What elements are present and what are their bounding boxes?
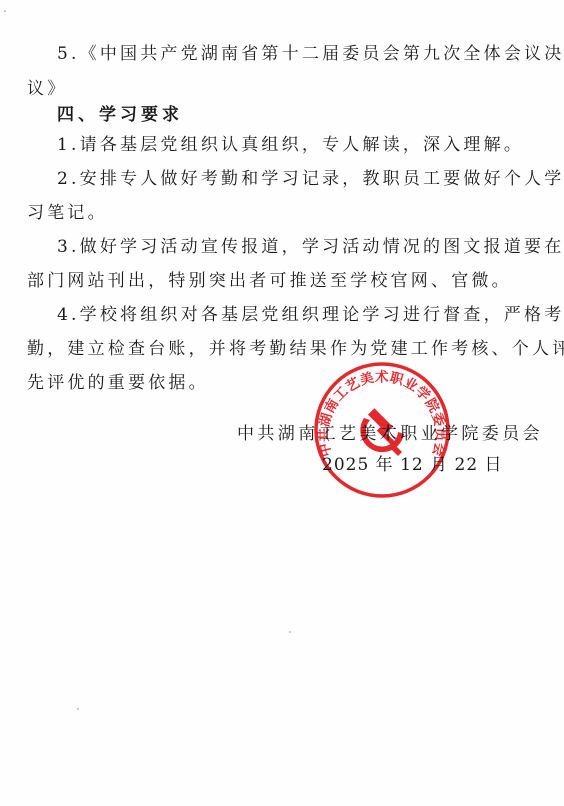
scan-speck xyxy=(4,10,6,12)
scan-speck xyxy=(77,708,79,710)
list-item-5-line-2: 议》 xyxy=(27,79,67,99)
official-seal-icon: 中共湖南工艺美术职业学院委员会 xyxy=(312,360,452,500)
requirement-1: 1.请各基层党组织认真组织，专人解读，深入理解。 xyxy=(57,135,524,155)
requirement-4-line-3: 先评优的重要依据。 xyxy=(27,373,209,393)
requirement-3-line-2: 部门网站刊出，特别突出者可推送至学校官网、官微。 xyxy=(27,271,512,291)
scan-speck xyxy=(515,52,517,54)
requirement-3-line-1: 3.做好学习活动宣传报道，学习活动情况的图文报道要在 xyxy=(57,237,564,257)
hammer-sickle-icon xyxy=(360,408,404,456)
requirement-4-line-1: 4.学校将组织对各基层党组织理论学习进行督查，严格考 xyxy=(57,305,564,325)
document-page: 5.《中国共产党湖南省第十二届委员会第九次全体会议决 议》 四、学习要求 1.请… xyxy=(0,0,564,806)
requirement-2-line-1: 2.安排专人做好考勤和学习记录，教职员工要做好个人学 xyxy=(57,169,564,189)
requirement-4-line-2: 勤，建立检查台账，并将考勤结果作为党建工作考核、个人评 xyxy=(27,339,564,359)
scan-speck xyxy=(289,631,291,633)
requirement-2-line-2: 习笔记。 xyxy=(27,203,108,223)
list-item-5-line-1: 5.《中国共产党湖南省第十二届委员会第九次全体会议决 xyxy=(57,44,564,64)
section-heading-study-requirements: 四、学习要求 xyxy=(57,105,183,125)
